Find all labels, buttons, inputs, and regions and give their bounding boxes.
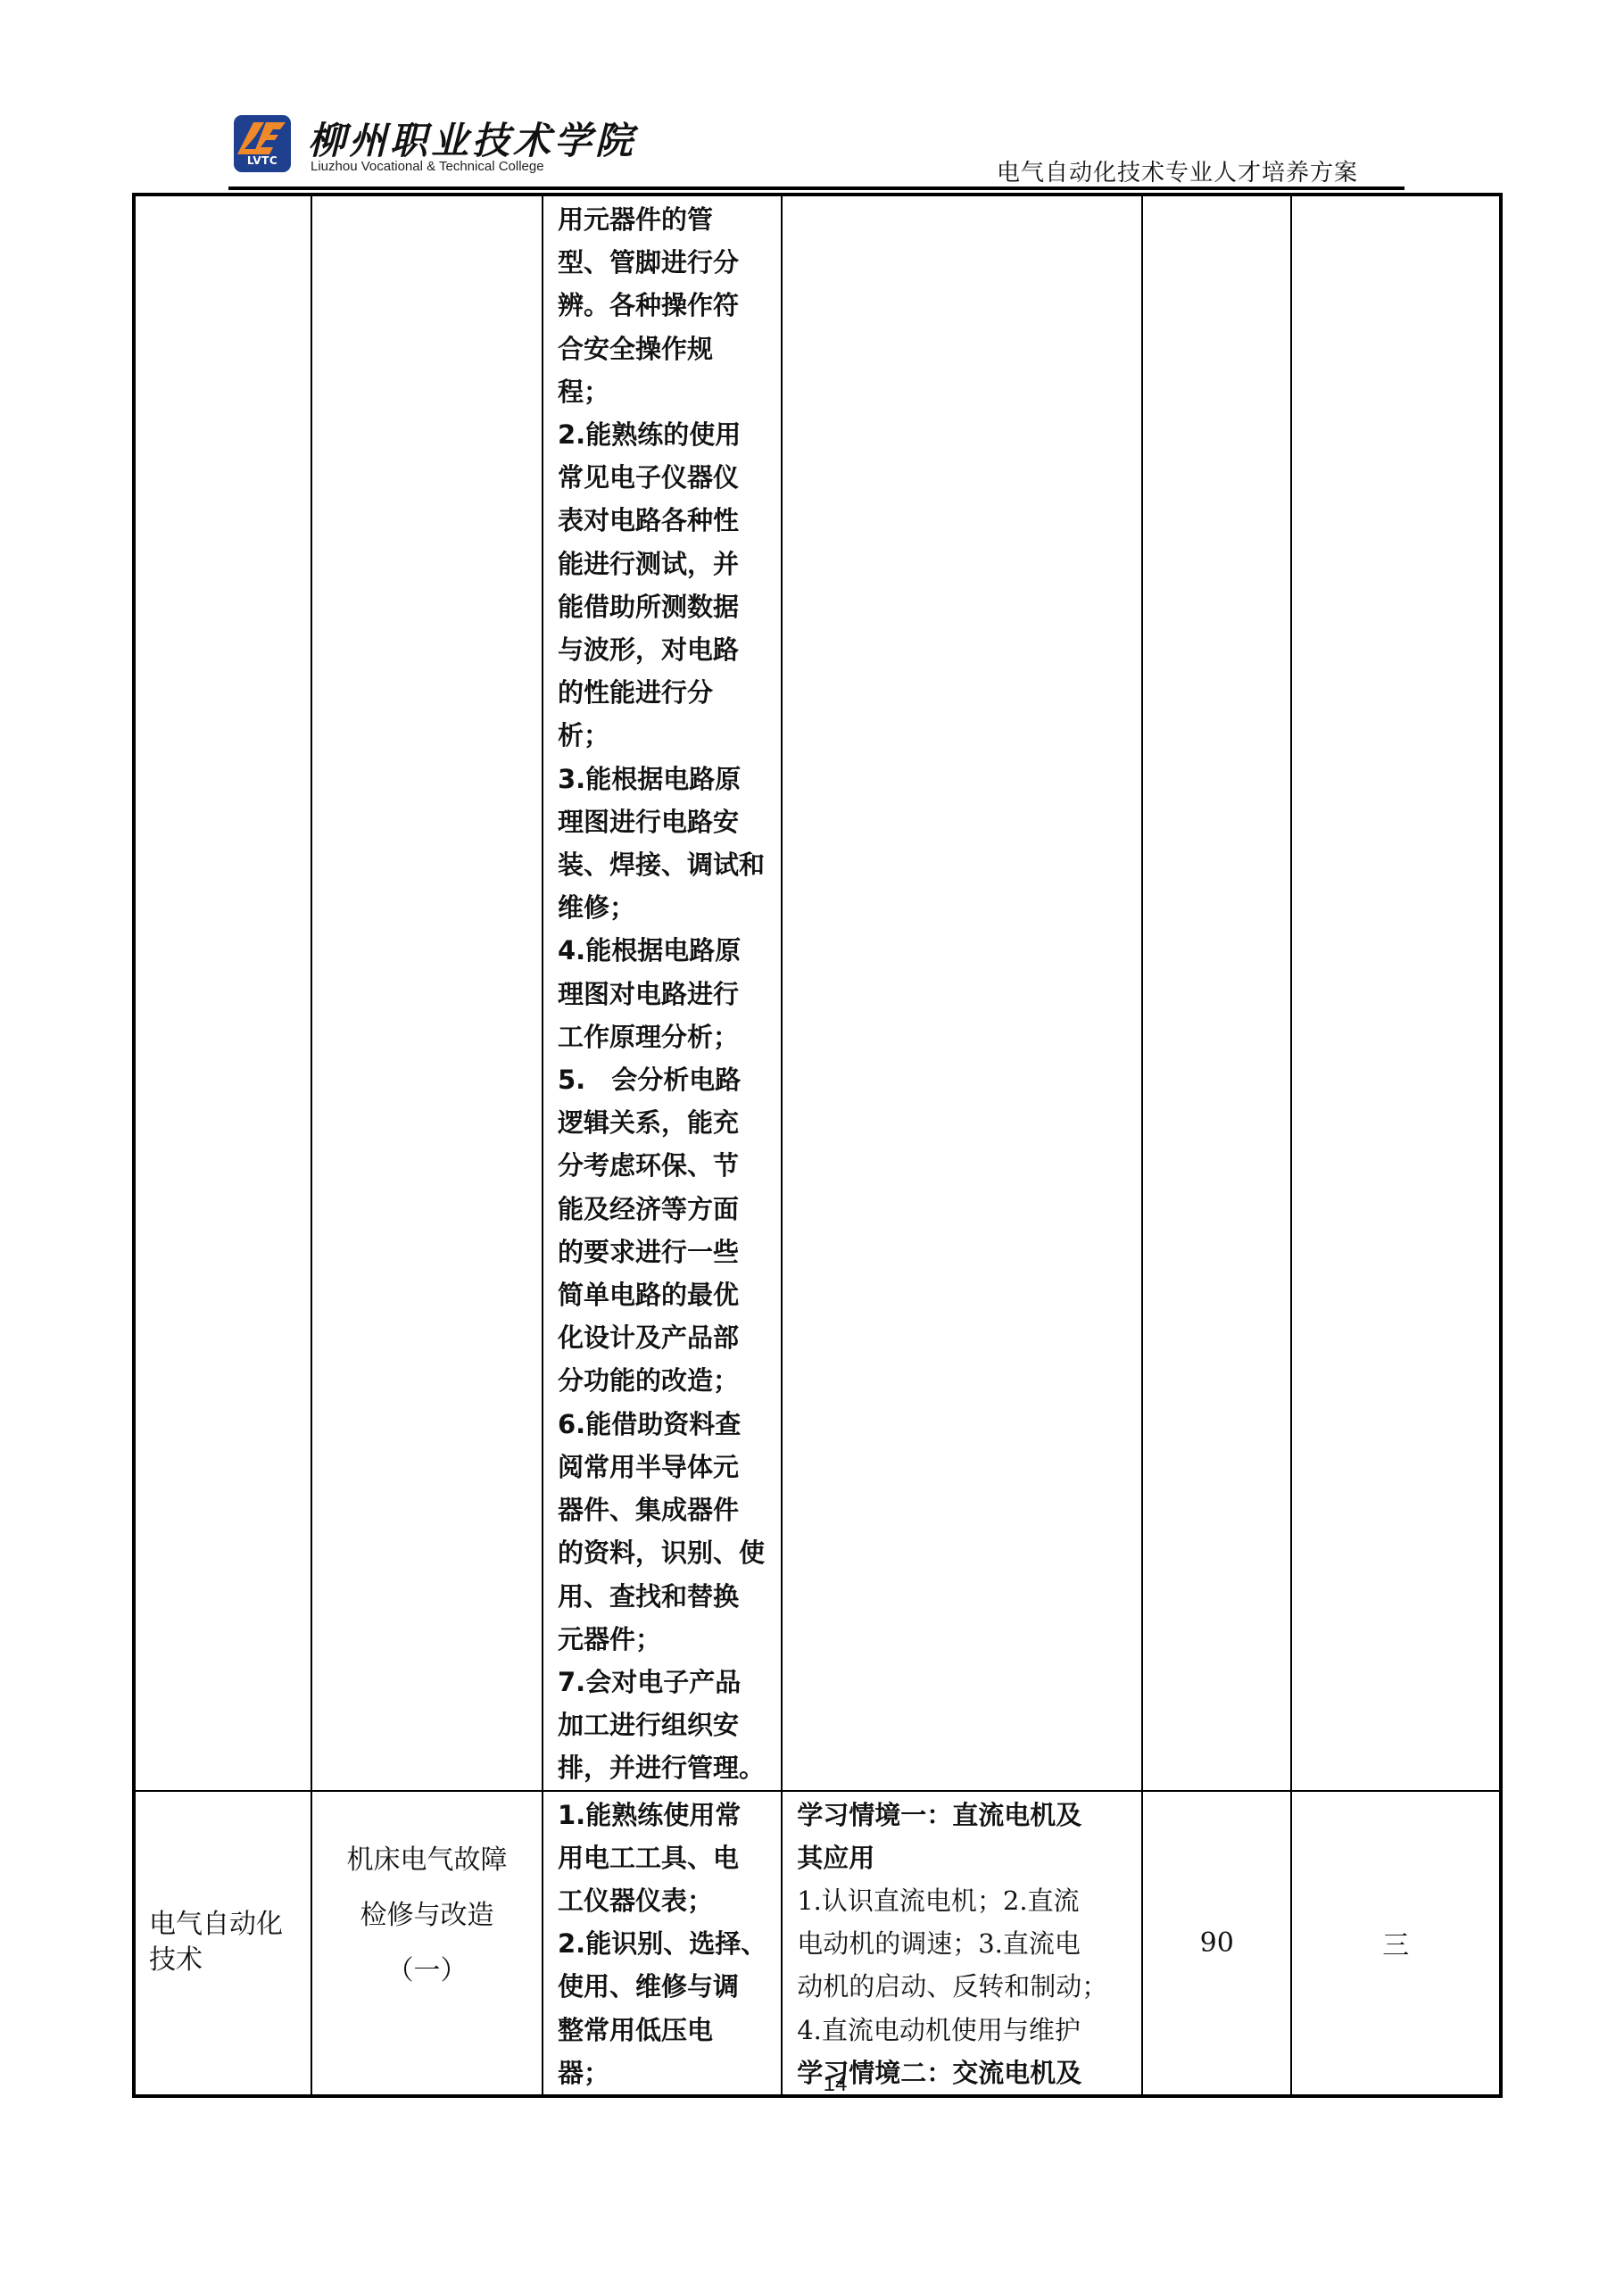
header-divider [228,186,1404,190]
text-line: 能及经济等方面 [558,1188,766,1231]
text-line: 学习情境一：直流电机及 [797,1794,1129,1836]
text-line: 与波形，对电路 [558,628,766,671]
text-line: 元器件； [558,1618,766,1661]
semester-cell [1291,195,1501,1791]
content-cell: 学习情境一：直流电机及其应用1.认识直流电机；2.直流电动机的调速；3.直流电动… [782,1791,1142,2096]
hours-cell [1142,195,1291,1791]
text-line: 的性能进行分 [558,671,766,714]
text-line: 7.会对电子产品 [558,1661,766,1703]
text-line: 的要求进行一些 [558,1231,766,1273]
text-line: 表对电路各种性 [558,499,766,542]
course-name: 机床电气故障 检修与改造 （一） [312,1765,542,2068]
semester-value: 三 [1292,1792,1499,2094]
text-line: 化设计及产品部 [558,1316,766,1359]
text-line: 逻辑关系，能充 [558,1101,766,1144]
text-line: 电动机的调速；3.直流电 [797,1922,1129,1965]
ability-text: 1.能熟练使用常用电工工具、电工仪器仪表；2.能识别、选择、使用、维修与调整常用… [543,1792,781,2094]
major-cell [134,195,311,1791]
text-line: 能进行测试，并 [558,543,766,585]
text-line: 理图进行电路安 [558,800,766,843]
course-cell [311,195,543,1791]
text-line: 2.能识别、选择、 [558,1922,766,1965]
text-line: 维修； [558,886,766,929]
text-line: 合安全操作规 [558,327,766,370]
ability-cell: 用元器件的管型、管脚进行分辨。各种操作符合安全操作规程；2.能熟练的使用常见电子… [543,195,782,1791]
text-line: 其应用 [797,1836,1129,1879]
table-row: 电气自动化 技术 机床电气故障 检修与改造 （一） 1.能熟练使用常用电工工具、… [134,1791,1501,2096]
logo-text: LVTC [234,154,291,167]
text-line: 4.能根据电路原 [558,929,766,972]
text-line: 分功能的改造； [558,1359,766,1402]
hours-value: 90 [1143,1792,1290,2094]
text-line: 5. 会分析电路 [558,1058,766,1101]
text-line: 1.认识直流电机；2.直流 [797,1879,1129,1922]
text-line: 排，并进行管理。 [558,1746,766,1789]
college-logo: LVTC [234,115,291,172]
text-line: 使用、维修与调 [558,1965,766,2008]
curriculum-table: 用元器件的管型、管脚进行分辨。各种操作符合安全操作规程；2.能熟练的使用常见电子… [132,193,1503,2098]
text-line: 辨。各种操作符 [558,284,766,327]
college-name-cn: 柳州职业技术学院 [308,112,636,165]
ability-text: 用元器件的管型、管脚进行分辨。各种操作符合安全操作规程；2.能熟练的使用常见电子… [543,196,781,1790]
text-line: 分考虑环保、节 [558,1144,766,1187]
text-line: 工作原理分析； [558,1015,766,1058]
text-line: 程； [558,370,766,413]
text-line: 器件、集成器件 [558,1488,766,1531]
document-title: 电气自动化技术专业人才培养方案 [997,154,1358,187]
text-line: 6.能借助资料查 [558,1403,766,1446]
text-line: 型、管脚进行分 [558,241,766,284]
text-line: 整常用低压电 [558,2009,766,2051]
text-line: 用电工工具、电 [558,1836,766,1879]
text-line: 工仪器仪表； [558,1879,766,1922]
text-line: 的资料，识别、使 [558,1531,766,1574]
hours-cell: 90 [1142,1791,1291,2096]
course-cell: 机床电气故障 检修与改造 （一） [311,1791,543,2096]
text-line: 理图对电路进行 [558,973,766,1015]
page-header: LVTC 柳州职业技术学院 Liuzhou Vocational & Techn… [0,0,1624,196]
text-line: 2.能熟练的使用 [558,413,766,456]
text-line: 用元器件的管 [558,198,766,241]
major-text: 电气自动化 技术 [136,1907,283,1978]
text-line: 析； [558,714,766,757]
text-line: 能借助所测数据 [558,585,766,628]
text-line: 1.能熟练使用常 [558,1794,766,1836]
text-line: 简单电路的最优 [558,1273,766,1316]
college-name-en: Liuzhou Vocational & Technical College [311,159,544,174]
page-number: 14 [0,2072,1624,2097]
text-line: 加工进行组织安 [558,1703,766,1746]
text-line: 3.能根据电路原 [558,758,766,800]
semester-cell: 三 [1291,1791,1501,2096]
table-row: 用元器件的管型、管脚进行分辨。各种操作符合安全操作规程；2.能熟练的使用常见电子… [134,195,1501,1791]
major-cell: 电气自动化 技术 [134,1791,311,2096]
text-line: 阅常用半导体元 [558,1446,766,1488]
text-line: 4.直流电动机使用与维护 [797,2009,1129,2051]
text-line: 装、焊接、调试和 [558,843,766,886]
text-line: 常见电子仪器仪 [558,456,766,499]
ability-cell: 1.能熟练使用常用电工工具、电工仪器仪表；2.能识别、选择、使用、维修与调整常用… [543,1791,782,2096]
content-text: 学习情境一：直流电机及其应用1.认识直流电机；2.直流电动机的调速；3.直流电动… [783,1792,1141,2094]
text-line: 用、查找和替换 [558,1575,766,1618]
text-line: 动机的启动、反转和制动； [797,1965,1129,2008]
content-cell [782,195,1142,1791]
